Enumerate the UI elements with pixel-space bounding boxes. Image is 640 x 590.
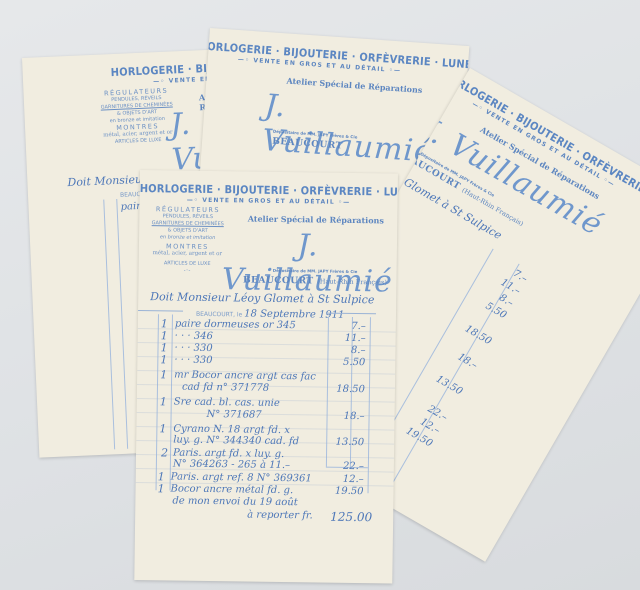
item-amount: 7.–	[326, 321, 366, 333]
item-qty: 1	[160, 395, 167, 408]
date-prefix: BEAUCOURT, le	[196, 311, 242, 319]
column-rule	[116, 199, 128, 449]
item-qty: 1	[160, 368, 167, 381]
item-desc: Paris. argt ref. 8 N° 369361	[171, 471, 312, 484]
item-qty: 1	[159, 422, 166, 435]
invoice-sheet-front: HORLOGERIE · BIJOUTERIE · ORFÈVRERIE · L…	[134, 170, 398, 584]
item-amount: 5.50	[325, 357, 365, 369]
item-desc: Sre cad. bl. cas. unie	[174, 396, 280, 408]
item-amount: 13.50	[324, 437, 364, 449]
region-name: (Haut-Rhin Français)	[317, 277, 387, 286]
left-col-line: en bronze et imitation	[145, 234, 230, 242]
brand-name: J. Vuillaumié	[218, 227, 397, 299]
item-desc: N° 364263 - 265 à 11.–	[173, 458, 290, 471]
item-amount: 11.–	[326, 333, 366, 345]
item-desc: Bocor ancre métal fd. g.	[170, 483, 293, 496]
item-desc: luy. g. N° 344340 cad. fd	[173, 434, 299, 447]
item-amount: 22.–	[324, 461, 364, 473]
item-amount: 8.–	[325, 345, 365, 357]
item-desc: · · · 330	[174, 342, 212, 354]
left-col-ornament: -◦-	[145, 267, 230, 275]
item-desc: cad fd n° 371778	[182, 382, 269, 394]
item-qty: 1	[160, 353, 167, 366]
item-qty: 1	[157, 482, 164, 495]
workshop-label: Atelier Spécial de Réparations	[234, 213, 397, 225]
item-desc: · · · 346	[175, 331, 213, 343]
item-desc: · · · 330	[174, 354, 212, 366]
carry-forward-total: 125.00	[330, 510, 370, 525]
item-desc: paire dormeuses or 345	[175, 319, 296, 332]
letterhead-left-column: RÉGULATEURS PENDULES, RÉVEILS GARNITURES…	[145, 206, 231, 275]
qty-column-rule	[156, 314, 159, 490]
left-col-line: métal, acier, argent et or	[145, 250, 230, 258]
item-amount: 19.50	[323, 486, 363, 498]
item-desc: mr Bocor ancre argt cas fac	[174, 369, 316, 382]
header-rule	[138, 310, 183, 312]
item-amount: 18.–	[325, 411, 365, 423]
doit-line: Doit Monsieur Léoy Glomet à St Sulpice	[150, 290, 374, 306]
item-desc: de mon envoi du 19 août	[172, 495, 298, 508]
carry-forward-label: à reporter fr.	[247, 510, 313, 522]
letterhead-left-column: RÉGULATEURS PENDULES, RÉVEILS GARNITURES…	[94, 87, 181, 147]
item-desc: N° 371687	[207, 409, 262, 421]
right-column-rule	[368, 317, 371, 493]
doit-line: Doit Monsieur	[67, 173, 147, 189]
column-rule	[103, 200, 115, 450]
item-amount: 12.–	[324, 474, 364, 486]
item-amount: 18.50	[325, 384, 365, 396]
item-qty: 2	[161, 446, 168, 459]
city-name: BEAUCOURT	[243, 275, 314, 286]
